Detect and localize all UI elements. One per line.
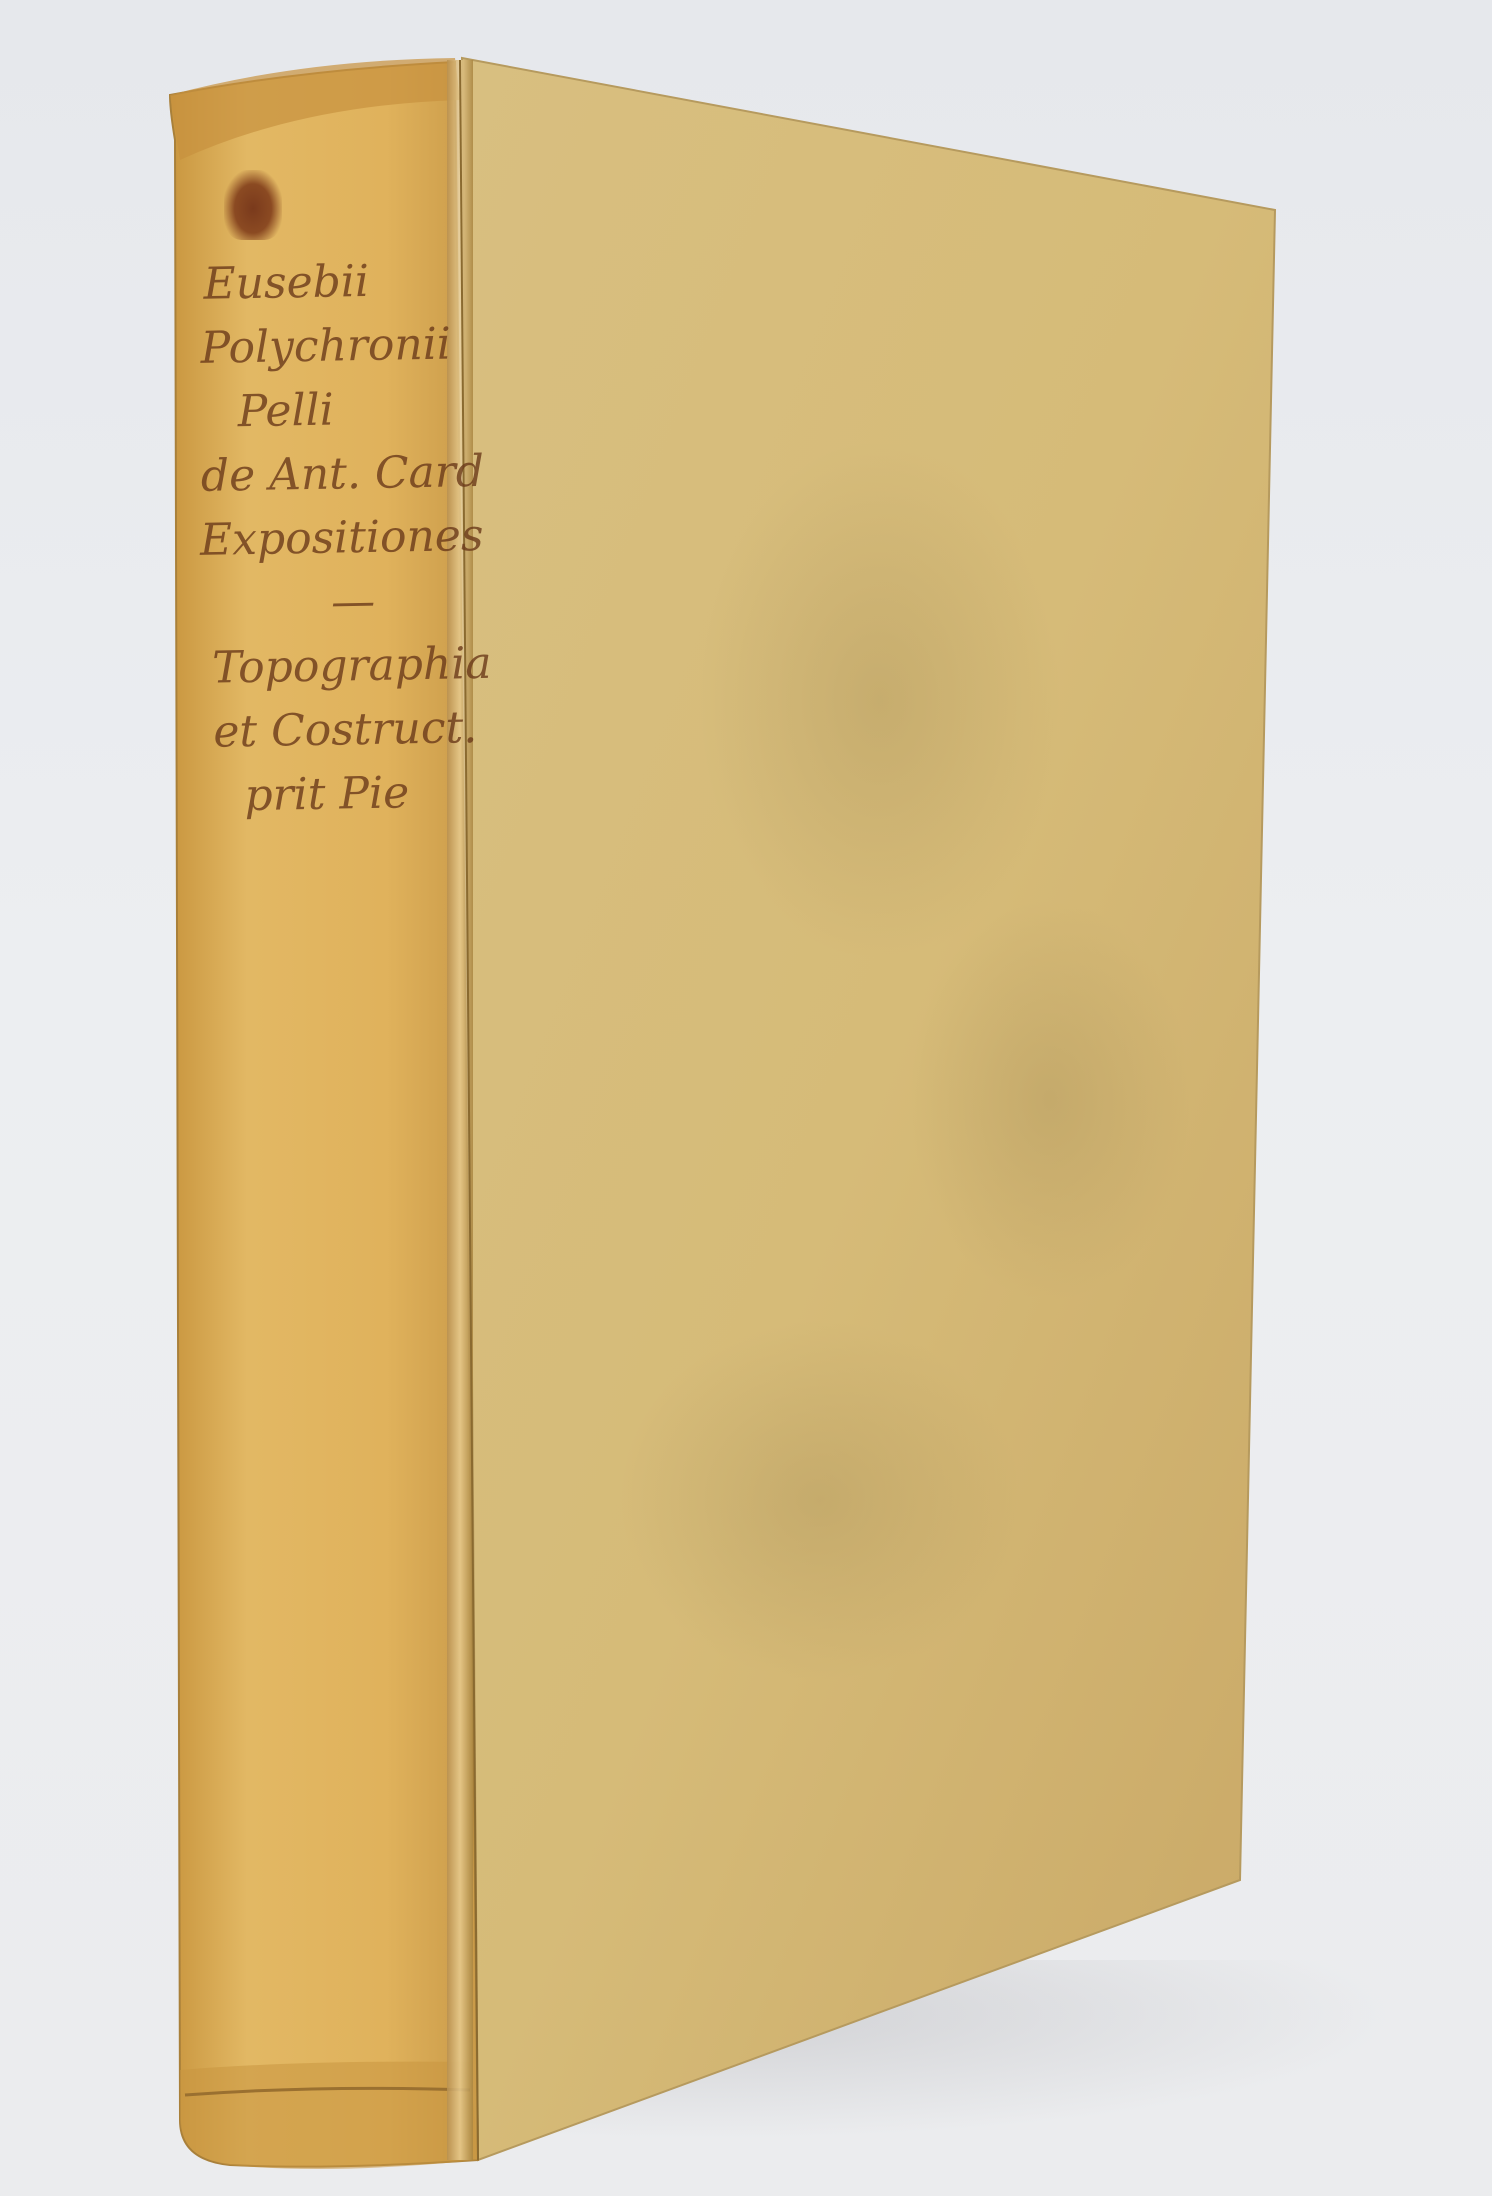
spine-line: Expositiones (199, 503, 530, 573)
photo-scene: Eusebii Polychronii Pelli de Ant. Card E… (0, 0, 1492, 2196)
spine-label-remnant (224, 170, 282, 240)
spine-line: prit Pie (204, 759, 535, 829)
spine-handwritten-title: Eusebii Polychronii Pelli de Ant. Card E… (195, 247, 535, 829)
spine-line: Topographia (202, 631, 533, 701)
spine-line: Eusebii (195, 247, 526, 317)
spine-line: Polychronii (196, 311, 527, 381)
spine-line: — (201, 567, 532, 637)
spine-line: Pelli (197, 375, 528, 445)
spine-line: et Costruct. (203, 695, 534, 765)
spine-line: de Ant. Card (198, 439, 529, 509)
spine-tailcap (180, 2062, 478, 2169)
